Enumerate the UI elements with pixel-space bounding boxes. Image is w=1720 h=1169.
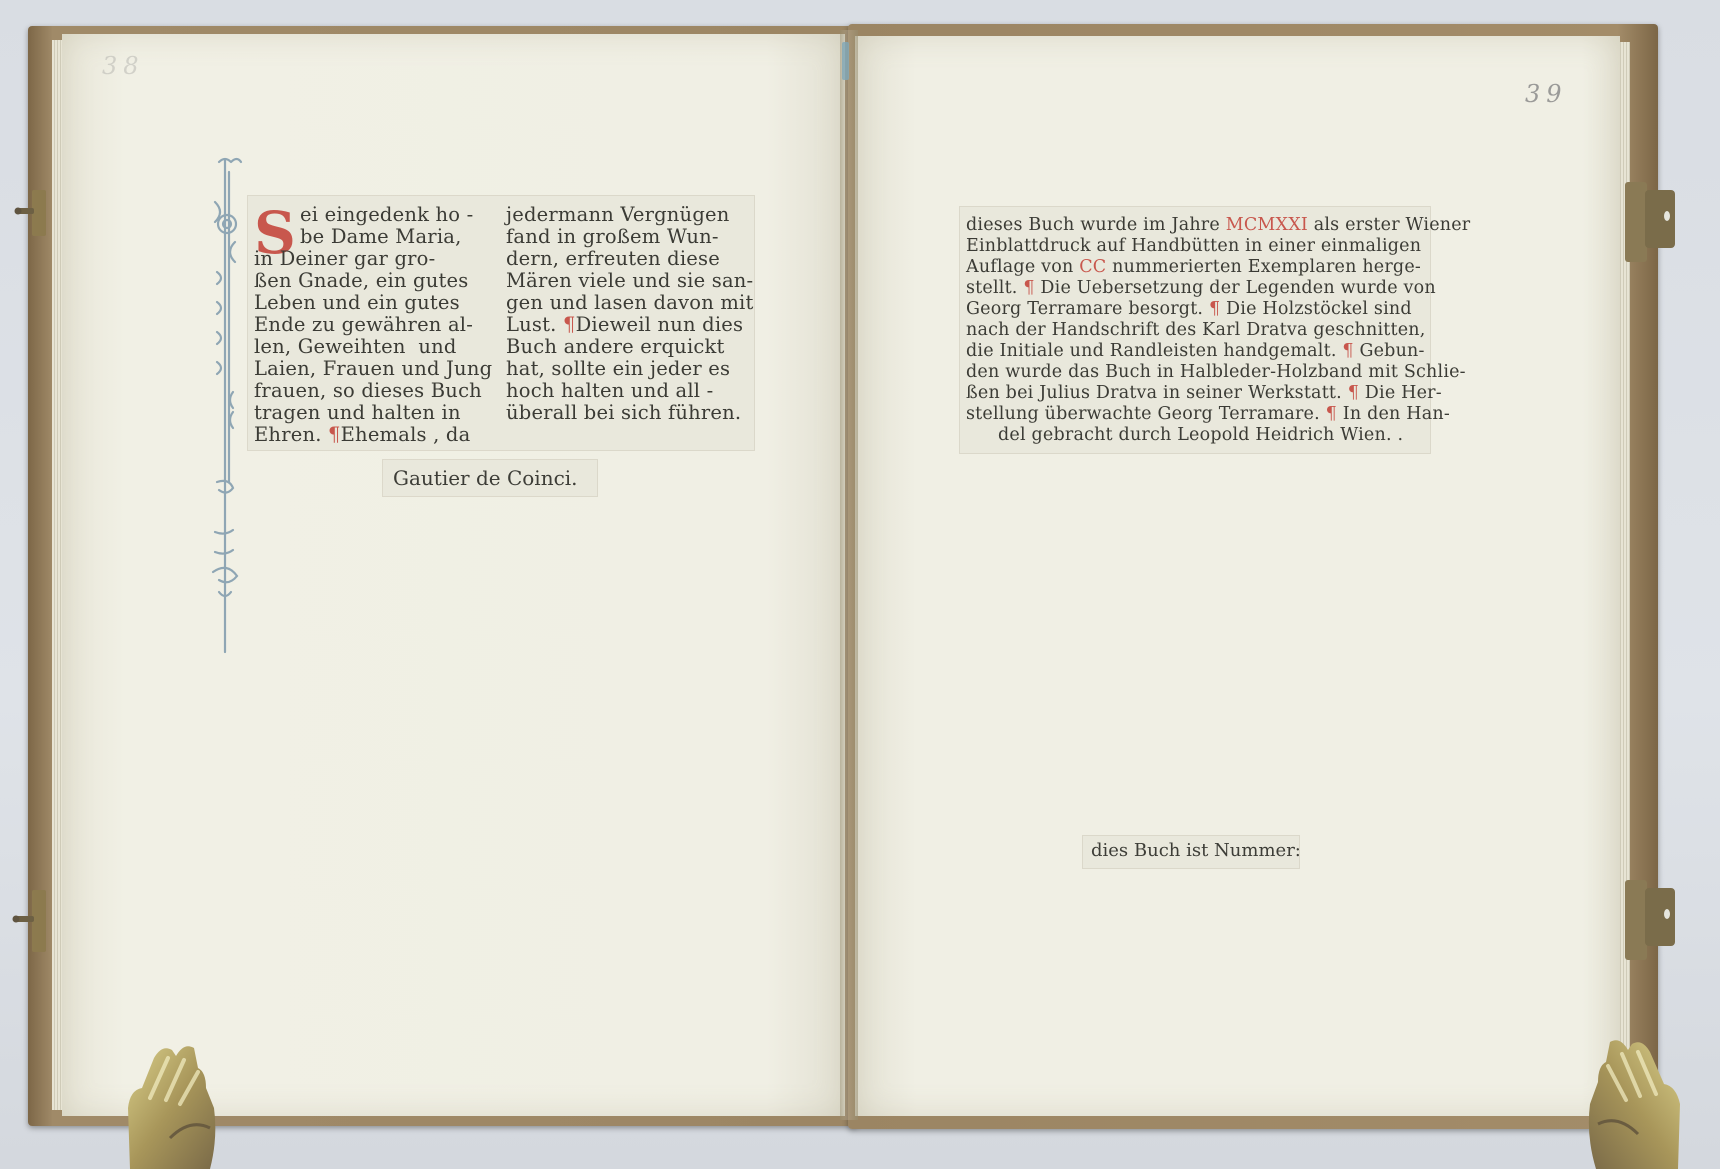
colophon-line: Auflage von CC nummerierten Exemplaren h…: [966, 257, 1421, 279]
decorative-border-icon: [205, 152, 245, 664]
page-number-right: 39: [1525, 80, 1568, 108]
pilcrow-icon: ¶: [328, 423, 341, 446]
text-line: fand in großem Wun-: [506, 226, 719, 248]
book-gutter: [840, 30, 858, 1120]
text-line: hat, sollte ein jeder es: [506, 358, 730, 380]
colophon-line: den wurde das Buch in Halbleder-Holzband…: [966, 362, 1466, 384]
colophon-line: dieses Buch wurde im Jahre MCMXXI als er…: [966, 215, 1470, 237]
colophon-line: Einblattdruck auf Handbütten in einer ei…: [966, 236, 1421, 258]
text-line: Lust. ¶Dieweil nun dies: [506, 314, 743, 336]
text-line: dern, erfreuten diese: [506, 248, 720, 270]
text-line: Laien, Frauen und Jung: [254, 358, 492, 380]
copy-number-label: dies Buch ist Nummer:: [1091, 840, 1301, 861]
colophon-line: del gebracht durch Leopold Heidrich Wien…: [998, 425, 1403, 447]
colophon-line: die Initiale und Randleisten handgemalt.…: [966, 341, 1425, 363]
text-line: in Deiner gar gro-: [254, 248, 435, 270]
colophon-line: nach der Handschrift des Karl Dratva ges…: [966, 320, 1426, 342]
bookmark-ribbon: [842, 42, 849, 80]
brass-hand-holder-icon: [110, 1038, 250, 1169]
text-line: hoch halten und all -: [506, 380, 713, 402]
text-line: Leben und ein gutes: [254, 292, 460, 314]
clasp-catch-icon: [1625, 880, 1680, 960]
text-line: frauen, so dieses Buch: [254, 380, 482, 402]
text-line: tragen und halten in: [254, 402, 461, 424]
text-line: Buch andere erquickt: [506, 336, 725, 358]
text-line: Ende zu gewähren al-: [254, 314, 473, 336]
colophon-line: stellung überwachte Georg Terramare. ¶ I…: [966, 404, 1450, 426]
text-slip-left: S ei eingedenk ho - be Dame Maria, in De…: [248, 196, 754, 450]
colophon-line: stellt. ¶ Die Uebersetzung der Legenden …: [966, 278, 1436, 300]
text-line: ßen Gnade, ein gutes: [254, 270, 468, 292]
right-page: 39: [855, 36, 1620, 1116]
clasp-catch-icon: [1625, 182, 1680, 262]
text-line: Ehren. ¶Ehemals , da: [254, 424, 470, 446]
colophon-line: ßen bei Julius Dratva in seiner Werkstat…: [966, 383, 1442, 405]
text-line: gen und lasen davon mit: [506, 292, 754, 314]
colophon-line: Georg Terramare besorgt. ¶ Die Holzstöck…: [966, 299, 1412, 321]
text-line: ei eingedenk ho -: [300, 204, 473, 226]
colophon-slip: dieses Buch wurde im Jahre MCMXXI als er…: [960, 207, 1430, 453]
text-line: jedermann Vergnügen: [506, 204, 730, 226]
text-line: len, Geweihten und: [254, 336, 457, 358]
author-caption: Gautier de Coinci.: [393, 466, 578, 490]
number-slip: dies Buch ist Nummer:: [1083, 836, 1299, 868]
page-number-left: 38: [102, 52, 145, 80]
clasp-pin-icon: [10, 888, 50, 954]
text-line: be Dame Maria,: [300, 226, 462, 248]
pilcrow-icon: ¶: [563, 313, 576, 336]
text-line: überall bei sich führen.: [506, 402, 741, 424]
caption-slip: Gautier de Coinci.: [383, 460, 597, 496]
clasp-pin-icon: [14, 188, 50, 238]
brass-hand-holder-icon: [1548, 1030, 1698, 1169]
text-line: Mären viele und sie san-: [506, 270, 753, 292]
